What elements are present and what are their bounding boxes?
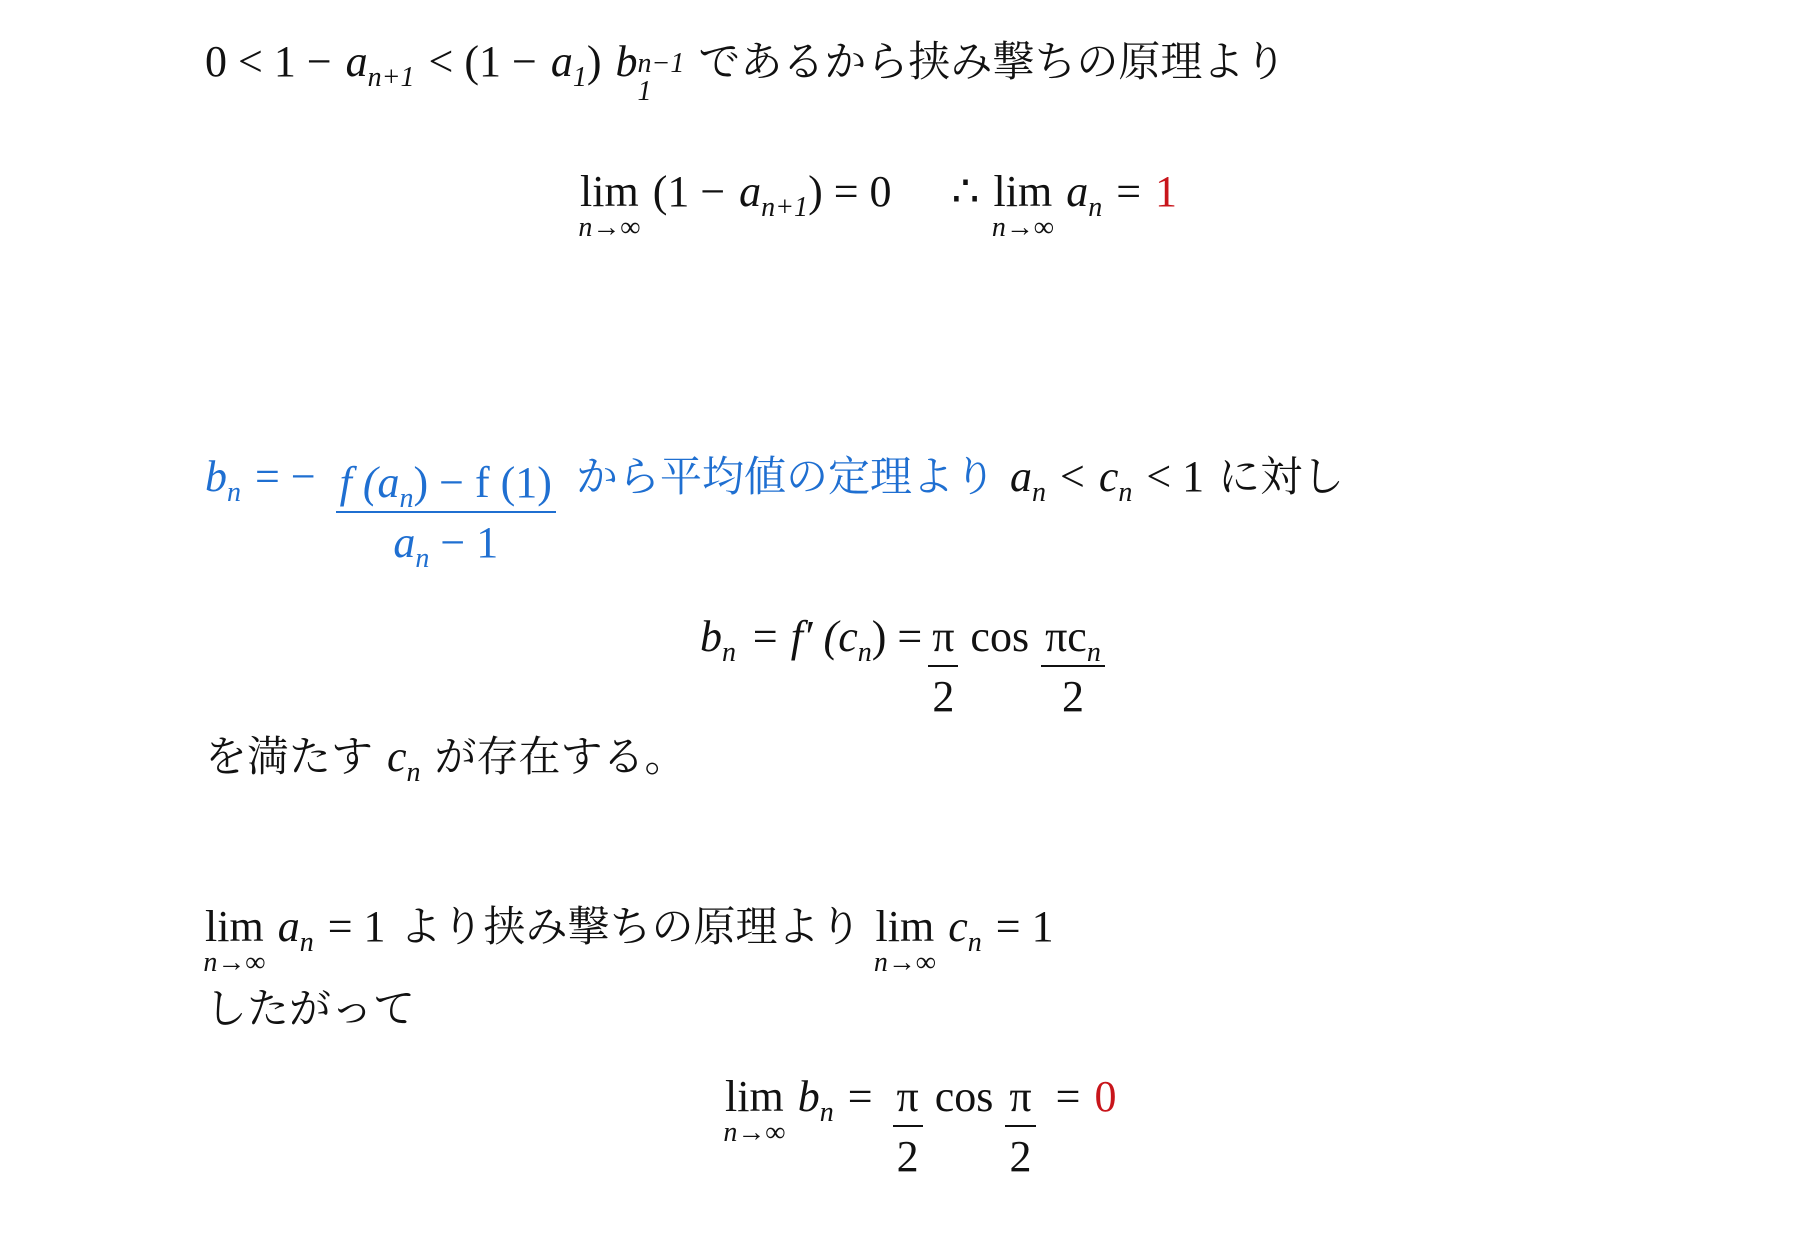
less-than-one: < 1 <box>1146 455 1204 499</box>
subscript: n <box>968 929 982 957</box>
var-a: a <box>1010 455 1032 499</box>
subscript: n <box>858 639 872 667</box>
cos-function: cos <box>935 1075 994 1119</box>
subscript: n <box>1118 479 1132 507</box>
lim-word: lim <box>725 1075 784 1119</box>
subscript: n <box>722 639 736 667</box>
subscript: n <box>300 929 314 957</box>
lim-subscript: n→∞ <box>992 214 1054 242</box>
lim-subscript: n→∞ <box>578 214 640 242</box>
line-limit-an: lim n→∞ (1 − an+1 ) = 0 ∴ lim n→∞ an = 1 <box>580 170 1177 214</box>
bn-definition: bn = − f (an) − f (1) an − 1 から平均値の定理より <box>205 455 996 559</box>
line-therefore-text: したがって <box>205 988 415 1030</box>
subscript: n <box>1088 194 1102 222</box>
equals: = <box>848 1075 873 1119</box>
lim-subscript: n→∞ <box>723 1119 785 1147</box>
limit-operator: lim n→∞ <box>994 170 1053 214</box>
var-a: a <box>1066 170 1088 214</box>
less-than: < <box>1060 455 1085 499</box>
fraction-pi-over-2: π 2 <box>928 615 958 719</box>
var-b: b <box>798 1075 820 1119</box>
fraction-pi-over-2: π 2 <box>1005 1075 1035 1179</box>
limit-operator: lim n→∞ <box>725 1075 784 1119</box>
limit-operator: lim n→∞ <box>205 905 264 949</box>
difference-quotient: f (an) − f (1) an − 1 <box>336 461 556 565</box>
japanese-text: したがって <box>205 988 415 1030</box>
expr-open: (1 − <box>653 170 725 214</box>
var-c: c <box>1099 455 1119 499</box>
superscript: n−1 <box>637 50 684 78</box>
subscript: 1 <box>573 64 587 92</box>
numerator: f (an) − f (1) <box>336 461 556 513</box>
paren-close: ) <box>587 40 602 84</box>
line-squeeze-inequality: 0 < 1 − an+1 < (1 − a1 ) b n−1 1 であるから挟み… <box>205 40 1286 110</box>
var-c: c <box>948 905 968 949</box>
var-b: b <box>205 455 227 499</box>
equals-one: = 1 <box>328 905 386 949</box>
var-b: b <box>615 40 637 84</box>
therefore-symbol: ∴ <box>952 170 980 214</box>
var-b: b <box>700 615 722 659</box>
equals-one: = 1 <box>996 905 1054 949</box>
var-a: a <box>278 905 300 949</box>
denominator: an − 1 <box>393 513 498 565</box>
line-mean-value: bn = − f (an) − f (1) an − 1 から平均値の定理より … <box>205 455 1344 559</box>
japanese-text: が存在する。 <box>435 736 687 778</box>
lim-word: lim <box>580 170 639 214</box>
japanese-text: より挟み撃ちの原理より <box>400 906 862 948</box>
japanese-text: を満たす <box>205 736 373 778</box>
line-final-limit: lim n→∞ bn = π 2 cos π 2 = 0 <box>725 1075 1116 1179</box>
limit-operator: lim n→∞ <box>876 905 935 949</box>
subscript: n <box>407 759 421 787</box>
lim-word: lim <box>876 905 935 949</box>
equals: = <box>1056 1075 1081 1119</box>
var-a: a <box>346 40 368 84</box>
japanese-text: であるから挟み撃ちの原理より <box>698 41 1286 83</box>
lim-word: lim <box>994 170 1053 214</box>
subscript: 1 <box>637 78 684 106</box>
cos-function: cos <box>970 615 1029 659</box>
lim-word: lim <box>205 905 264 949</box>
lim-subscript: n→∞ <box>203 949 265 977</box>
result-one: 1 <box>1155 170 1177 214</box>
expr-close: ) = 0 <box>808 170 891 214</box>
line-derivative: bn = f′ (cn ) = π 2 cos πcn 2 <box>700 615 1111 719</box>
subscript: n+1 <box>761 194 808 222</box>
fraction-pi-over-2: π 2 <box>893 1075 923 1179</box>
subscript: n+1 <box>368 64 415 92</box>
subscript: n <box>1032 479 1046 507</box>
result-zero: 0 <box>1094 1075 1116 1119</box>
derivative-expr: = f′ (c <box>750 615 858 659</box>
equals: = <box>1116 170 1141 214</box>
subscript: n <box>820 1099 834 1127</box>
var-a: a <box>739 170 761 214</box>
line-cn-exists: を満たす cn が存在する。 <box>205 735 687 779</box>
inequality-part: 0 < 1 − <box>205 40 332 84</box>
japanese-text: に対し <box>1218 456 1344 498</box>
equals-minus: = − <box>255 455 316 499</box>
var-a1: a <box>551 40 573 84</box>
lim-subscript: n→∞ <box>874 949 936 977</box>
inequality-part: < (1 − <box>429 40 537 84</box>
limit-operator: lim n→∞ <box>580 170 639 214</box>
subscript: n <box>227 479 241 507</box>
line-cn-limit: lim n→∞ an = 1 より挟み撃ちの原理より lim n→∞ cn = … <box>205 905 1068 949</box>
fraction-pi-cn-over-2: πcn 2 <box>1041 615 1105 719</box>
derivative-close: ) = <box>872 615 922 659</box>
mean-value-text: から平均値の定理より <box>576 456 996 498</box>
var-c: c <box>387 735 407 779</box>
